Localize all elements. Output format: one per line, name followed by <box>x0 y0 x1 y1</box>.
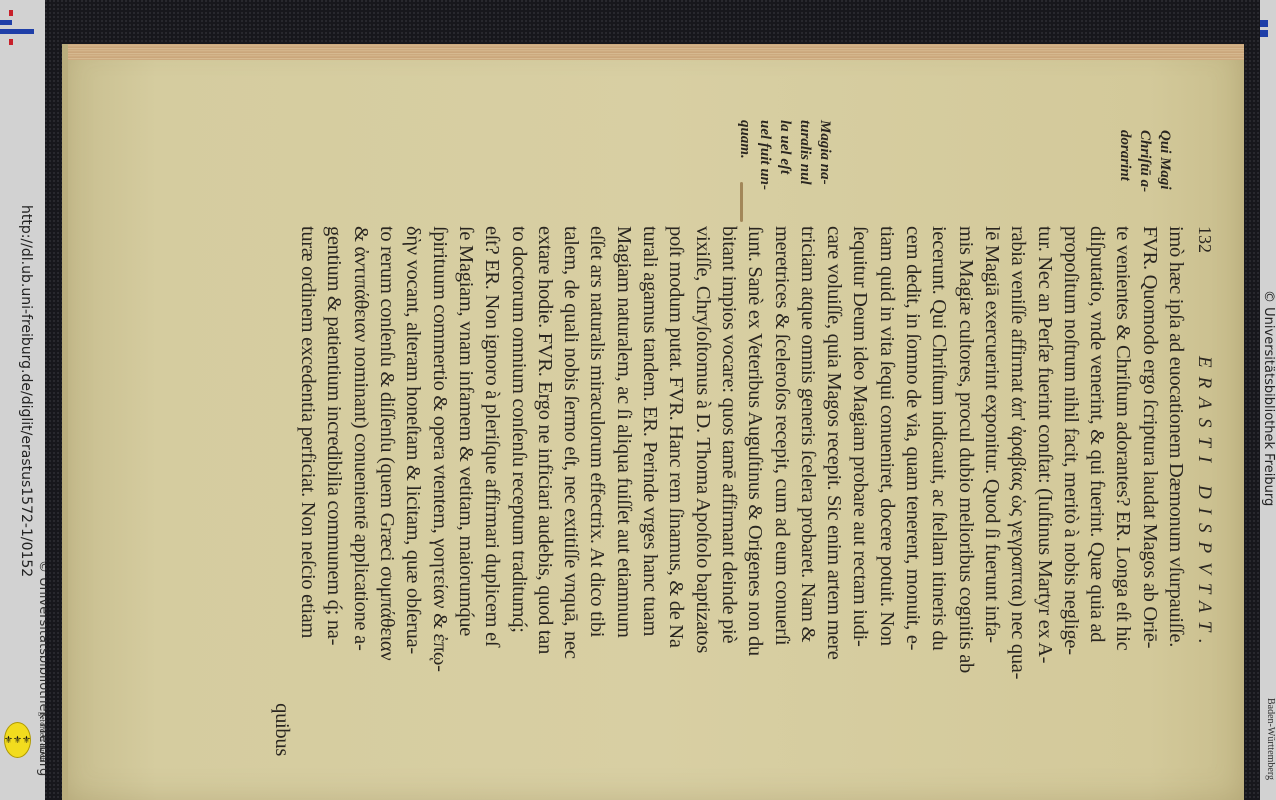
page-left-edge <box>62 44 68 800</box>
margin-note-magi: Qui Magi Chriſtū a- dorarint <box>1115 130 1175 192</box>
page-header: 132 ERASTI DISPVTAT. <box>1189 226 1215 766</box>
margin-note-line: uel fuit un- <box>755 120 775 190</box>
text-line: meretrices & ſceleroſos recepit, cum ad … <box>768 226 794 766</box>
margin-note-line: la uel eſt <box>775 120 795 190</box>
text-line: triciam atque omnis generis ſcelera prob… <box>795 226 821 766</box>
text-line: ſpirituum commertio & opera vtentem, γοη… <box>426 226 452 766</box>
page-number: 132 <box>1194 226 1215 253</box>
text-line: extare hodie. FVR. Ergo ne inficiari aud… <box>532 226 558 766</box>
page-stack-edge <box>62 44 1244 60</box>
text-line: eſſet ars naturalis miraculorum effectri… <box>584 226 610 766</box>
text-line: diſputatio, vnde venerint, & qui fuerint… <box>1084 226 1110 766</box>
text-line: imò hæc ipſa ad euocationem Dæmonum vſur… <box>1163 226 1189 766</box>
margin-note-line: Chriſtū a- <box>1135 130 1155 192</box>
text-line: tiam quid in vita ſequi conueniret, doce… <box>873 226 899 766</box>
text-line: to doctorum omnium conſenſu receptum tra… <box>505 226 531 766</box>
text-line: talem, de quali nobis ſermo eſt, nec ext… <box>558 226 584 766</box>
catchword: quibus <box>269 226 295 766</box>
funder-logo-icon: ⚜⚜⚜ <box>4 722 31 758</box>
text-line: ſe Magiam, vnam infamem & vetitam, maior… <box>453 226 479 766</box>
text-line: care voluiſſe, quia Magos recepit. Sic e… <box>821 226 847 766</box>
text-line: bitant impios vocare: quos tamē affirman… <box>716 226 742 766</box>
text-line: turæ ordinem excedentia perficiat. Non n… <box>295 226 321 766</box>
logo-glyph: ⚜⚜⚜ <box>4 735 31 746</box>
text-line: & ἀντιπάθειαν nominant) conuenientē appl… <box>348 226 374 766</box>
margin-note-line: Qui Magi <box>1155 130 1175 192</box>
margin-note-line: turalis nul <box>795 120 815 190</box>
text-line: FVR. Quomodo ergo ſcriptura laudat Magos… <box>1136 226 1162 766</box>
text-line: mis Magiæ cultores, procul dubio meliori… <box>952 226 978 766</box>
margin-note-magia-naturalis: Magia na- turalis nul la uel eſt uel fui… <box>735 120 835 190</box>
page-text-block: 132 ERASTI DISPVTAT. imò hæc ipſa ad euo… <box>269 226 1215 766</box>
text-line: tur. Nec an Perſæ fuerint conſtat: (Iuſt… <box>1031 226 1057 766</box>
text-line: turali agamus tandem. ER. Perinde vrges … <box>637 226 663 766</box>
running-head: ERASTI DISPVTAT. <box>1193 356 1215 653</box>
text-line: δὴν vocant, alteram honeſtam & licitam, … <box>400 226 426 766</box>
text-line: ſequitur Deum ideo Magiam probare aut re… <box>847 226 873 766</box>
text-line: to rerum conſenſu & diſſenſu (quem Græci… <box>374 226 400 766</box>
margin-note-line: dorarint <box>1115 130 1135 192</box>
site-logo-icon[interactable] <box>0 0 45 60</box>
text-line: eſt? ER. Non ignoro à pleriſque affirmar… <box>479 226 505 766</box>
page-url[interactable]: http://dl.ub.uni-freiburg.de/diglit/eras… <box>18 205 34 577</box>
text-line: iecerunt. Qui Chriſtum indicauit, ac ſte… <box>926 226 952 766</box>
funder-name: Baden-Württemberg <box>1265 698 1276 780</box>
text-line: te venientes & Chriſtum adorantes? ER. L… <box>1110 226 1136 766</box>
text-line: rabia veniſſe affirmat ἀπ' ἀραβίας ὡς γε… <box>1005 226 1031 766</box>
margin-note-line: Magia na- <box>815 120 835 190</box>
margin-note-line: quam. <box>735 120 755 190</box>
text-line: gentium & patientium incredibilia commun… <box>321 226 347 766</box>
site-logo-fragment-icon <box>1260 18 1276 40</box>
viewer-left-sidebar: http://dl.ub.uni-freiburg.de/diglit/eras… <box>0 0 45 800</box>
text-line: vixiſſe, Chryſoſtomus à D. Thoma Apoſtol… <box>689 226 715 766</box>
right-copyright-notice: © Universitätsbibliothek Freiburg <box>1261 290 1276 506</box>
text-line: Magiam naturalem, ac ſi aliqua fuiſſet a… <box>610 226 636 766</box>
text-line: poſt modum putat. FVR. Hanc rem ſinamus,… <box>663 226 689 766</box>
text-line: propoſitum noſtrum nihil facit, meritò à… <box>1058 226 1084 766</box>
text-line: lē Magiā exercuerint exponitur. Quod ſi … <box>979 226 1005 766</box>
text-line: cem dedit, in ſomno de via, quam teneren… <box>900 226 926 766</box>
text-line: ſunt. Sanè ex Veteribus Auguſtinus & Ori… <box>742 226 768 766</box>
